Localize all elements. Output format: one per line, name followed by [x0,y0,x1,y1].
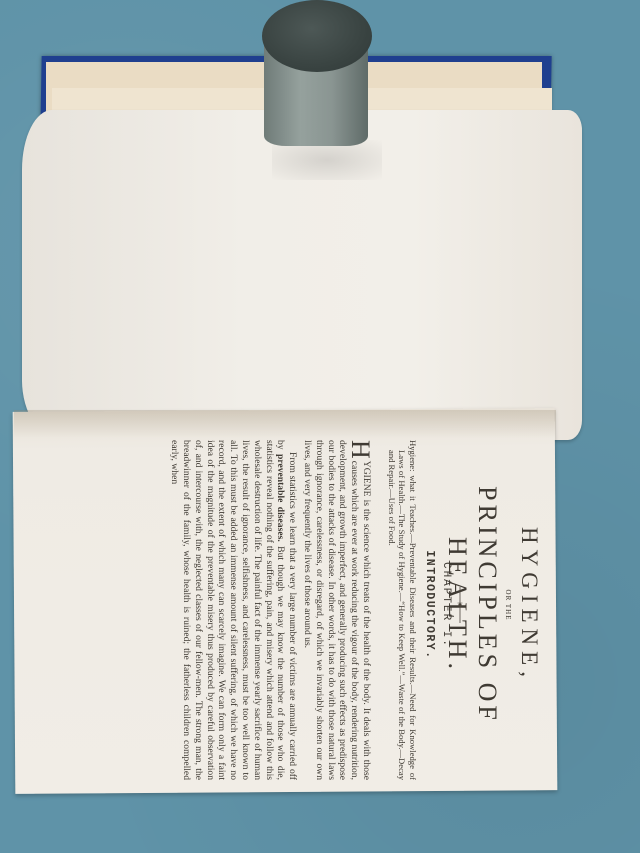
weight-shadow [272,140,382,180]
paragraph-2: From statistics we learn that a very lar… [168,440,298,780]
book-weight [262,0,374,146]
weight-top [262,0,372,72]
chapter-synopsis: Hygiene: what it Teaches.—Preventable Di… [387,440,419,780]
preventable-diseases-emphasis: preventable diseases. [275,454,286,542]
paragraph-1: HYGIENE is the science which treats of t… [301,440,372,780]
paragraph-2-after: But though we may know the number of tho… [169,440,286,780]
chapter-title: INTRODUCTORY. [423,432,436,778]
title-connector: OR THE [504,432,512,778]
body-text: HYGIENE is the science which treats of t… [165,440,372,780]
photo-scene: HYGIENE, OR THE PRINCIPLES OF HEALTH. CH… [0,0,640,853]
page-text-block: HYGIENE, OR THE PRINCIPLES OF HEALTH. CH… [72,432,542,778]
ornament-rule-icon [456,587,464,623]
drop-cap: H [349,440,371,459]
chapter-label: CHAPTER I. [440,432,452,778]
title-hygiene: HYGIENE, [516,432,542,778]
paragraph-1-text: YGIENE is the science which treats of th… [302,440,372,780]
